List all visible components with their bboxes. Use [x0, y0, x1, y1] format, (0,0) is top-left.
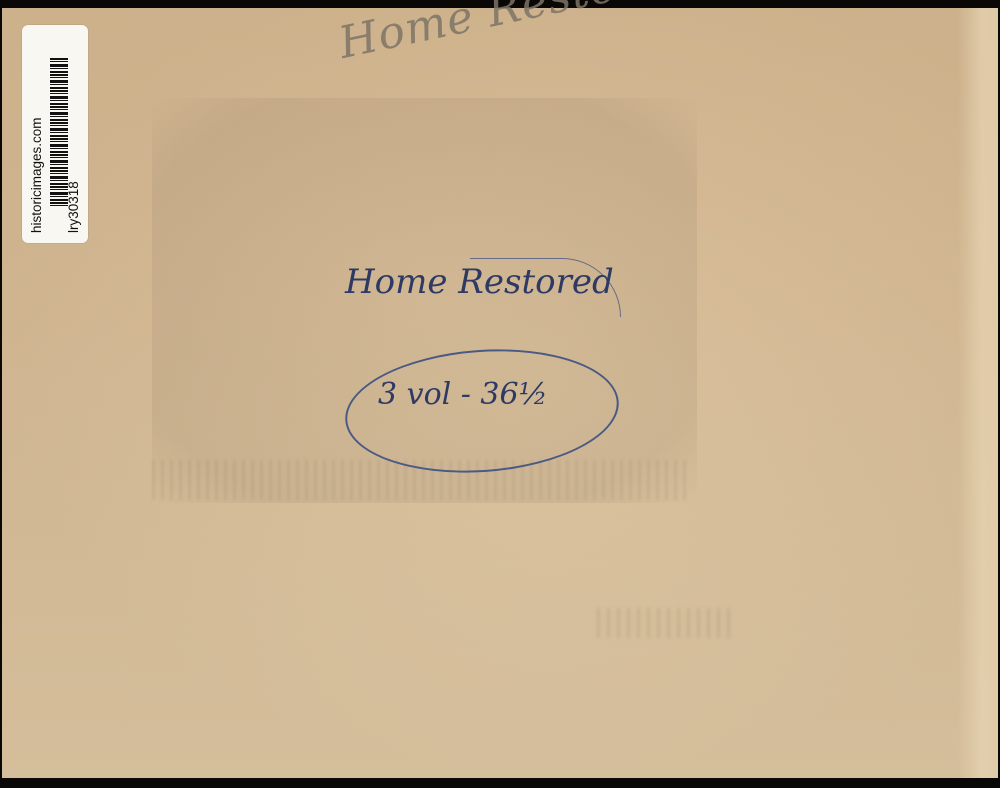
faint-stain	[597, 608, 737, 638]
paper-edge	[958, 8, 998, 778]
barcode-label: historicimages.com lry30318	[22, 25, 88, 243]
circled-note: 3 vol - 36½	[378, 377, 548, 412]
barcode-id: lry30318	[66, 25, 81, 233]
barcode-text: historicimages.com lry30318	[22, 25, 88, 243]
ink-annotation: Home Restored	[345, 262, 614, 302]
barcode-site: historicimages.com	[29, 25, 44, 233]
